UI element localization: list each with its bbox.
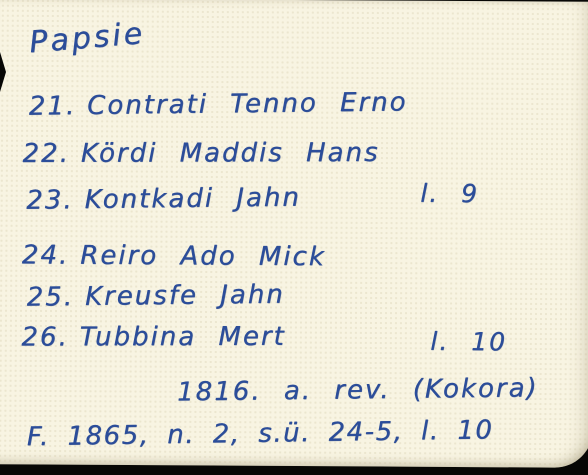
entry-25: 25.Kreusfe Jahn [26, 280, 284, 313]
card-title: Papsie [28, 16, 146, 60]
entry-24-name: Reiro Ado Mick [80, 241, 326, 272]
entry-24: 24.Reiro Ado Mick [22, 240, 326, 272]
source-line: 1816. a. rev. (Kokora) [177, 373, 539, 407]
entry-23: 23.Kontkadi Jahn [26, 183, 301, 216]
entry-26: 26.Tubbina Mert [21, 322, 285, 353]
entry-23-name: Kontkadi Jahn [84, 183, 301, 215]
entry-25-name: Kreusfe Jahn [85, 280, 285, 312]
entry-22-name: Kördi Maddis Hans [81, 138, 380, 169]
entry-24-number: 24. [22, 240, 70, 270]
index-card: Papsie 21.Contrati Tenno Erno 22.Kördi M… [0, 0, 588, 468]
photo-background: { "card": { "title": "Papsie", "entries"… [0, 0, 588, 475]
entry-23-number: 23. [26, 185, 74, 216]
entry-26-number: 26. [21, 322, 68, 352]
entry-26-name: Tubbina Mert [80, 322, 286, 353]
archive-reference-line: F. 1865, n. 2, s.ü. 24-5, l. 10 [27, 415, 494, 452]
entry-25-number: 25. [26, 282, 74, 313]
entry-22-number: 22. [22, 139, 69, 169]
entry-21-number: 21. [29, 91, 77, 122]
entry-22: 22.Kördi Maddis Hans [22, 138, 379, 169]
entry-21-name: Contrati Tenno Erno [87, 87, 408, 121]
entry-26-pageref: l. 10 [430, 327, 507, 356]
entry-21: 21.Contrati Tenno Erno [29, 87, 408, 121]
entry-23-pageref: l. 9 [420, 179, 479, 208]
